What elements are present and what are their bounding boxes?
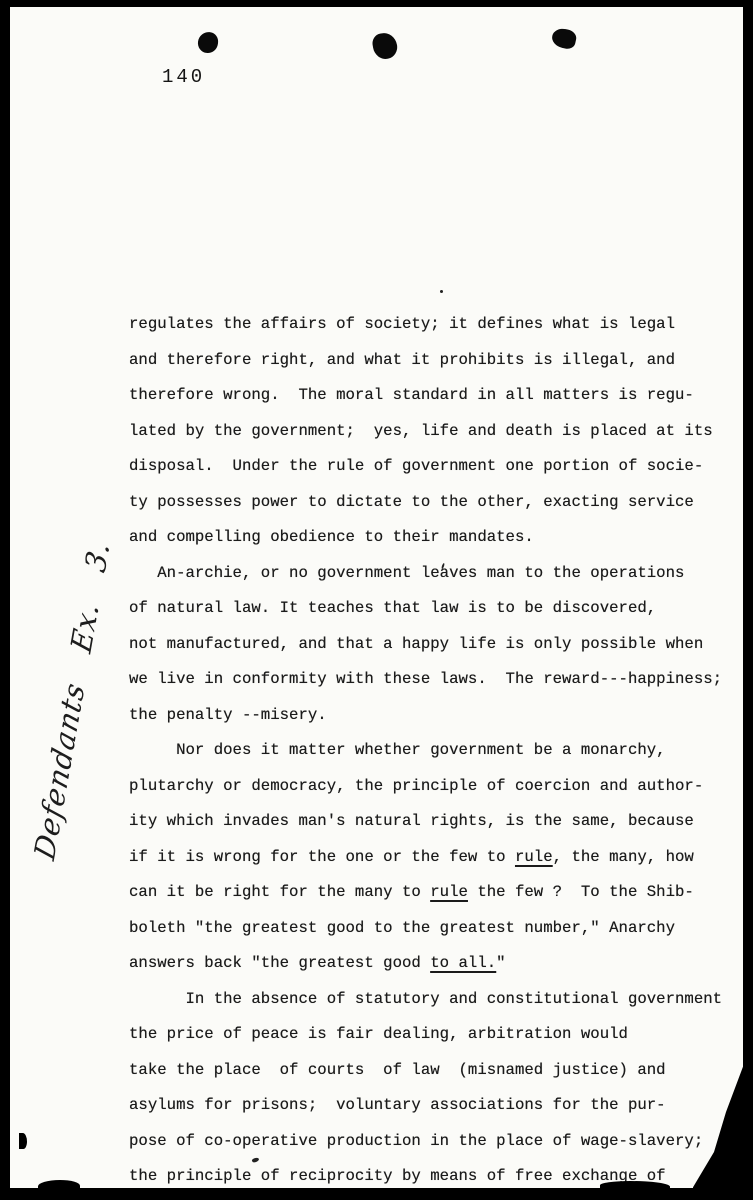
typewritten-text-block: regulates the affairs of society; it def… — [129, 307, 744, 1195]
text-line: answers back "the greatest good to all." — [129, 946, 744, 982]
text-segment: the principle of reciprocity by means of… — [129, 1167, 666, 1185]
underlined-text: rule — [430, 883, 468, 901]
ink-blob-icon — [550, 27, 577, 51]
text-line: plutarchy or democracy, the principle of… — [129, 769, 744, 805]
text-line: Nor does it matter whether government be… — [129, 733, 744, 769]
text-line: and compelling obedience to their mandat… — [129, 520, 744, 556]
text-segment: disposal. Under the rule of government o… — [129, 457, 703, 475]
underlined-text: rule — [515, 848, 553, 866]
text-segment: plutarchy or democracy, the principle of… — [129, 777, 703, 795]
text-line: pose of co-operative production in the p… — [129, 1124, 744, 1160]
text-segment: the penalty --misery. — [129, 706, 327, 724]
text-segment: and therefore right, and what it prohibi… — [129, 351, 675, 369]
text-line: regulates the affairs of society; it def… — [129, 307, 744, 343]
scan-edge-artifact — [38, 1180, 80, 1192]
text-segment: we live in conformity with these laws. T… — [129, 670, 722, 688]
text-line: disposal. Under the rule of government o… — [129, 449, 744, 485]
text-segment: ty possesses power to dictate to the oth… — [129, 493, 694, 511]
text-line: therefore wrong. The moral standard in a… — [129, 378, 744, 414]
text-line: take the place of courts of law (misname… — [129, 1053, 744, 1089]
text-segment: " — [496, 954, 505, 972]
text-line: lated by the government; yes, life and d… — [129, 414, 744, 450]
text-segment: of natural law. It teaches that law is t… — [129, 599, 656, 617]
paper-sheet: 140 Defendants Ex. 3. regulates the affa… — [10, 7, 743, 1188]
scan-edge-artifact — [600, 1181, 670, 1191]
text-segment: therefore wrong. The moral standard in a… — [129, 386, 694, 404]
ink-speck — [440, 290, 443, 293]
text-segment: take the place of courts of law (misname… — [129, 1061, 666, 1079]
text-segment: regulates the affairs of society; it def… — [129, 315, 675, 333]
text-line: ty possesses power to dictate to the oth… — [129, 485, 744, 521]
text-segment: ity which invades man's natural rights, … — [129, 812, 694, 830]
text-line: boleth "the greatest good to the greates… — [129, 911, 744, 947]
text-segment: boleth "the greatest good to the greates… — [129, 919, 675, 937]
ink-blob-icon — [371, 31, 399, 61]
text-line: ity which invades man's natural rights, … — [129, 804, 744, 840]
page-number: 140 — [162, 66, 205, 88]
text-line: not manufactured, and that a happy life … — [129, 627, 744, 663]
text-segment: and compelling obedience to their mandat… — [129, 528, 534, 546]
margin-annotation-handwritten: Defendants Ex. 3. — [28, 536, 117, 864]
text-segment: if it is wrong for the one or the few to — [129, 848, 515, 866]
text-segment: In the absence of statutory and constitu… — [129, 990, 722, 1008]
text-segment: answers back "the greatest good — [129, 954, 430, 972]
text-segment: An-archie, or no government leaves man t… — [129, 564, 684, 582]
text-segment: can it be right for the many to — [129, 883, 430, 901]
text-line: the penalty --misery. — [129, 698, 744, 734]
text-line: asylums for prisons; voluntary associati… — [129, 1088, 744, 1124]
underlined-text: to all. — [430, 954, 496, 972]
text-segment: asylums for prisons; voluntary associati… — [129, 1096, 666, 1114]
scan-edge-artifact — [19, 1133, 27, 1149]
text-line: the price of peace is fair dealing, arbi… — [129, 1017, 744, 1053]
text-segment: the price of peace is fair dealing, arbi… — [129, 1025, 628, 1043]
text-line: can it be right for the many to rule the… — [129, 875, 744, 911]
scanned-page-frame: 140 Defendants Ex. 3. regulates the affa… — [0, 0, 753, 1200]
text-segment: , the many, how — [553, 848, 694, 866]
text-line: if it is wrong for the one or the few to… — [129, 840, 744, 876]
text-segment: pose of co-operative production in the p… — [129, 1132, 703, 1150]
text-line: we live in conformity with these laws. T… — [129, 662, 744, 698]
text-line: and therefore right, and what it prohibi… — [129, 343, 744, 379]
text-line: of natural law. It teaches that law is t… — [129, 591, 744, 627]
text-segment: lated by the government; yes, life and d… — [129, 422, 713, 440]
ink-blob-icon — [197, 31, 220, 55]
text-segment: not manufactured, and that a happy life … — [129, 635, 703, 653]
text-segment: Nor does it matter whether government be… — [129, 741, 666, 759]
text-line: In the absence of statutory and constitu… — [129, 982, 744, 1018]
text-line: An-archie, or no government leaves man t… — [129, 556, 744, 592]
text-segment: the few ? To the Shib- — [468, 883, 694, 901]
